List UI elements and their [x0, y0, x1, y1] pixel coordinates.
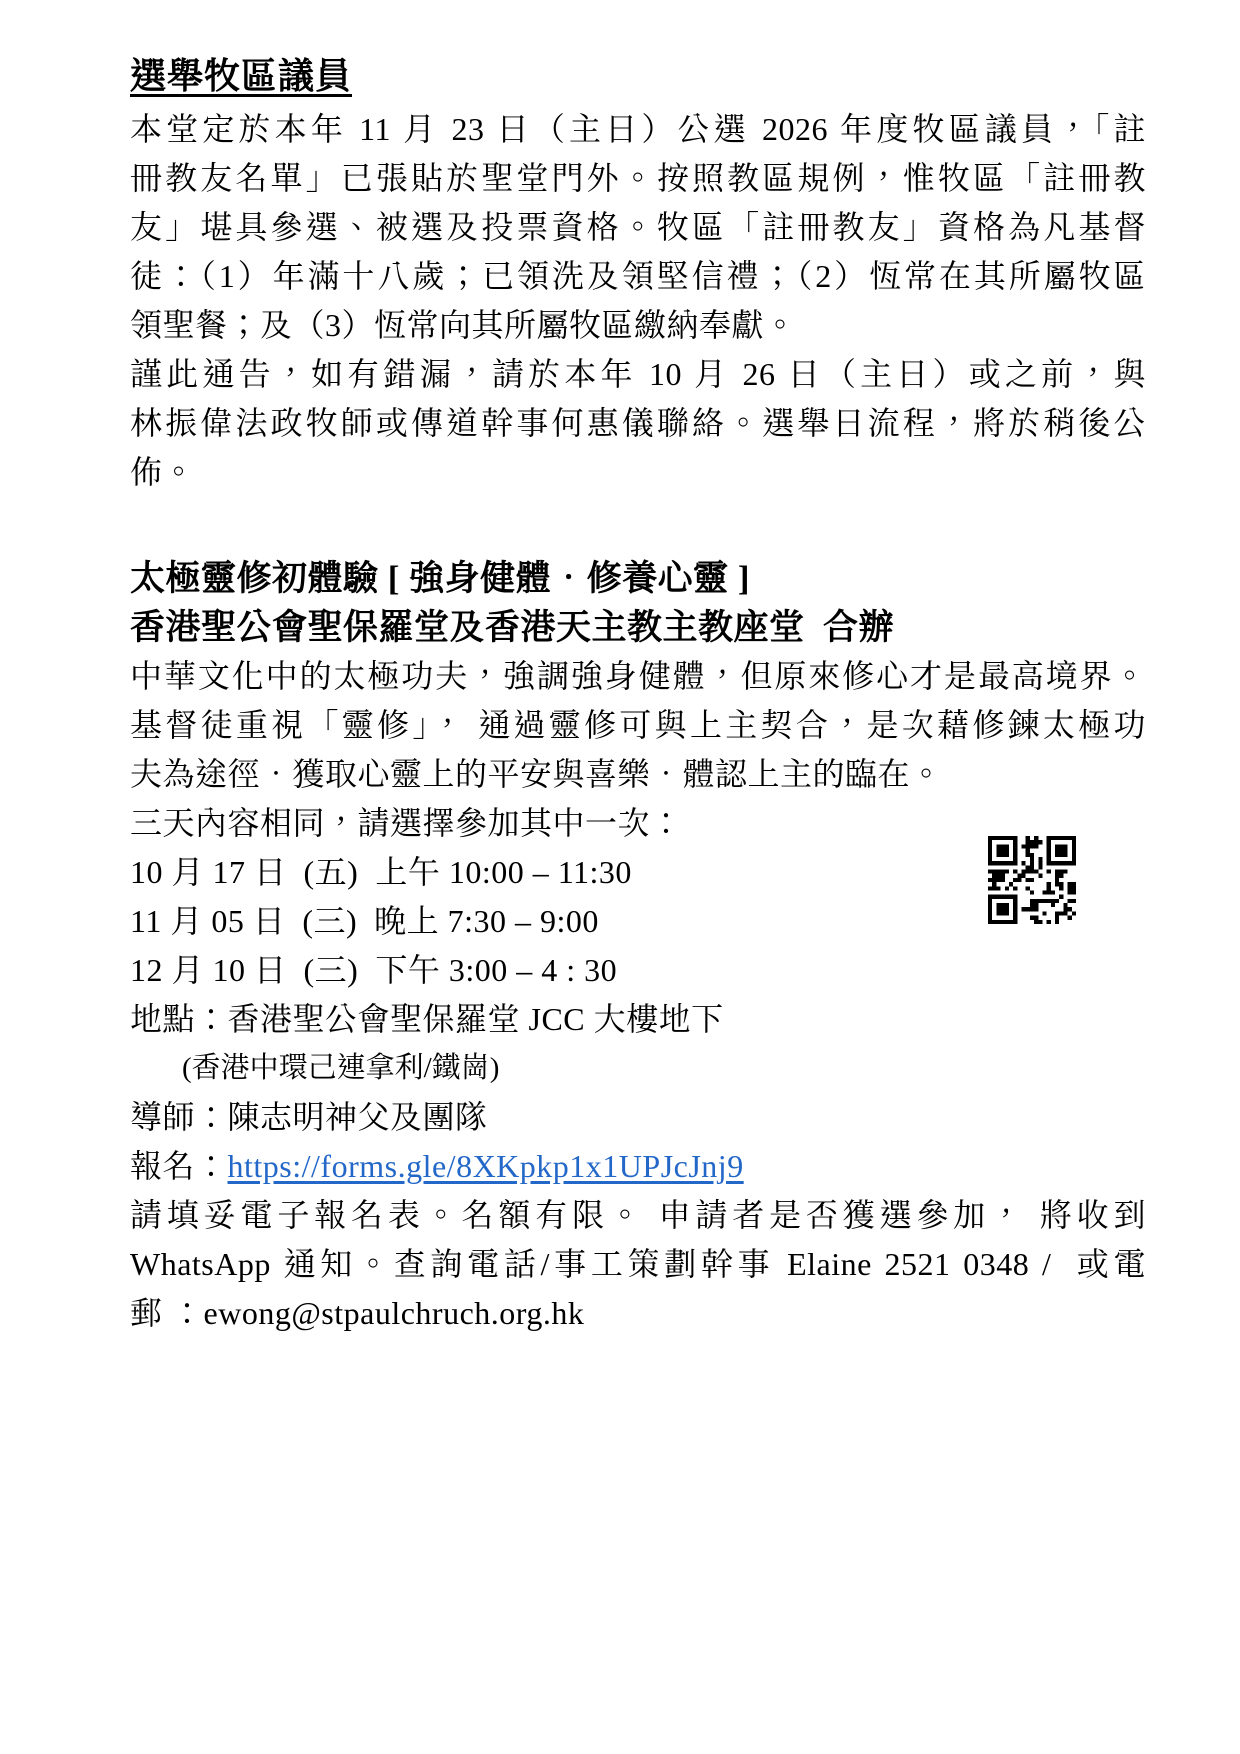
taichi-intro-line: 夫為途徑‧獲取心靈上的平安與喜樂‧體認上主的臨在。 — [130, 750, 1146, 799]
election-para1-line: 本堂定於本年 11 月 23 日（主日）公選 2026 年度牧區議員，「註 — [130, 105, 1146, 154]
election-para2-line: 佈。 — [130, 448, 1146, 497]
registration-link[interactable]: https://forms.gle/8XKpkp1x1UPJcJnj9 — [228, 1148, 744, 1184]
venue-note-line: (香港中環己連拿利/鐵崗) — [130, 1044, 1146, 1093]
taichi-organizer: 香港聖公會聖保羅堂及香港天主教主教座堂 合辦 — [130, 603, 1146, 652]
election-para1-line: 領聖餐；及（3）恆常向其所屬牧區繳納奉獻。 — [130, 301, 1146, 350]
outro-line: 郵 ：ewong@stpaulchruch.org.hk — [130, 1289, 1146, 1338]
outro-line: WhatsApp 通知。查詢電話/事工策劃幹事 Elaine 2521 0348… — [130, 1240, 1146, 1289]
election-para1-line: 友」堪具參選、被選及投票資格。牧區「註冊教友」資格為凡基督 — [130, 203, 1146, 252]
taichi-intro-line: 基督徒重視「靈修」， 通過靈修可與上主契合，是次藉修鍊太極功 — [130, 701, 1146, 750]
venue-line: 地點：香港聖公會聖保羅堂 JCC 大樓地下 — [130, 995, 1146, 1044]
qr-code — [988, 836, 1076, 924]
taichi-section-title: 太極靈修初體驗 [ 強身健體‧修養心靈 ] — [130, 554, 1146, 603]
election-para2-line: 謹此通告，如有錯漏，請於本年 10 月 26 日（主日）或之前，與 — [130, 350, 1146, 399]
session-date-3: 12 月 10 日 (三) 下午 3:00 – 4 : 30 — [130, 946, 1146, 995]
election-para1-line: 冊教友名單」已張貼於聖堂門外。按照教區規例，惟牧區「註冊教 — [130, 154, 1146, 203]
document-content: 選舉牧區議員 本堂定於本年 11 月 23 日（主日）公選 2026 年度牧區議… — [130, 48, 1146, 1338]
election-section-title: 選舉牧區議員 — [130, 48, 1146, 105]
signup-line: 報名：https://forms.gle/8XKpkp1x1UPJcJnj9 — [130, 1142, 1146, 1191]
signup-label: 報名： — [130, 1148, 228, 1184]
election-para1-line: 徒：（1）年滿十八歲；已領洗及領堅信禮；（2）恆常在其所屬牧區 — [130, 252, 1146, 301]
election-para2-line: 林振偉法政牧師或傳道幹事何惠儀聯絡。選舉日流程，將於稍後公 — [130, 399, 1146, 448]
instructor-line: 導師：陳志明神父及團隊 — [130, 1093, 1146, 1142]
document-page: 選舉牧區議員 本堂定於本年 11 月 23 日（主日）公選 2026 年度牧區議… — [0, 0, 1240, 1754]
taichi-intro-line: 中華文化中的太極功夫，強調強身健體，但原來修心才是最高境界。 — [130, 652, 1146, 701]
section-gap — [130, 497, 1146, 554]
outro-line: 請填妥電子報名表。名額有限。 申請者是否獲選參加， 將收到 — [130, 1191, 1146, 1240]
